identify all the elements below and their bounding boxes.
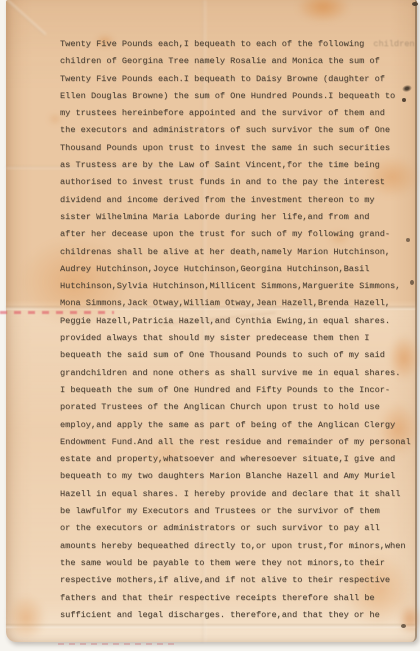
text-line: estate and property,whatsoever and where… xyxy=(60,451,418,468)
text-line: employ,and apply the same as part of bei… xyxy=(60,417,418,434)
red-dashed-mark-bottom xyxy=(58,643,178,645)
text-line: Ellen Douglas Browne) the sum of One Hun… xyxy=(60,88,418,105)
document-text: Twenty Five Pounds each,I bequeath to ea… xyxy=(60,36,418,624)
text-line: sufficient and legal discharges. therefo… xyxy=(60,607,418,624)
text-line: authorised to invest trust funds in and … xyxy=(60,174,418,191)
ink-speck xyxy=(401,624,406,628)
text-line: Mona Simmons,Jack Otway,William Otway,Je… xyxy=(60,295,418,312)
paper-stain xyxy=(286,0,360,28)
text-line: porated Trustees of the Anglican Church … xyxy=(60,399,418,416)
text-line: sister Wilhelmina Maria Laborde during h… xyxy=(60,209,418,226)
text-line: my trustees hereinbefore appointed and t… xyxy=(60,105,418,122)
text-line: grandchildren and none others as shall s… xyxy=(60,365,418,382)
faded-erased-word: children xyxy=(373,39,414,49)
text-line: bequeath the said sum of One Thousand Po… xyxy=(60,347,418,364)
text-line: Peggie Hazell,Patricia Hazell,and Cynthi… xyxy=(60,313,418,330)
text-line: Hutchinson,Sylvia Hutchinson,Millicent S… xyxy=(60,278,418,295)
text-line: Twenty Five Pounds each.I bequeath to Da… xyxy=(60,71,418,88)
text-line: or the executors or administrators or su… xyxy=(60,520,418,537)
text-line: after her decease upon the trust for suc… xyxy=(60,226,418,243)
corner-crease xyxy=(6,0,47,36)
text-line: I bequeath the sum of One Hundred and Fi… xyxy=(60,382,418,399)
text-line: as Trustess are by the Law of Saint Vinc… xyxy=(60,157,418,174)
text-line: the same would be payable to them were t… xyxy=(60,555,418,572)
text-line: provided always that should my sister pr… xyxy=(60,330,418,347)
text-line: be lawfulfor my Executors and Trustees o… xyxy=(60,503,418,520)
text-line: children of Georgina Tree namely Rosalie… xyxy=(60,53,418,70)
text-line: Endowment Fund.And all the rest residue … xyxy=(60,434,418,451)
text-line: the executors and administrators of such… xyxy=(60,122,418,139)
paper-sheet: Twenty Five Pounds each,I bequeath to ea… xyxy=(6,0,417,642)
text-line: amounts hereby bequeathed directly to,or… xyxy=(60,538,418,555)
text-line: respective mothers,if alive,and if not a… xyxy=(60,572,418,589)
text-line: childrenas shall be alive at her death,n… xyxy=(60,244,418,261)
text-line: bequeath to my two daughters Marion Blan… xyxy=(60,468,418,485)
text-line: fathers and that their respective receip… xyxy=(60,590,418,607)
text-line: Twenty Five Pounds each,I bequeath to ea… xyxy=(60,36,418,53)
text-line: dividend and income derived from the inv… xyxy=(60,192,418,209)
text-line: Thousand Pounds upon trust to invest the… xyxy=(60,140,418,157)
text-line-content: Twenty Five Pounds each,I bequeath to ea… xyxy=(60,39,364,49)
text-line: Audrey Hutchinson,Joyce Hutchinson,Georg… xyxy=(60,261,418,278)
text-line: Hazell in equal shares. I hereby provide… xyxy=(60,486,418,503)
paper-stain xyxy=(0,586,54,650)
ink-speck xyxy=(412,2,418,6)
fold-crease-bottom xyxy=(6,624,415,628)
